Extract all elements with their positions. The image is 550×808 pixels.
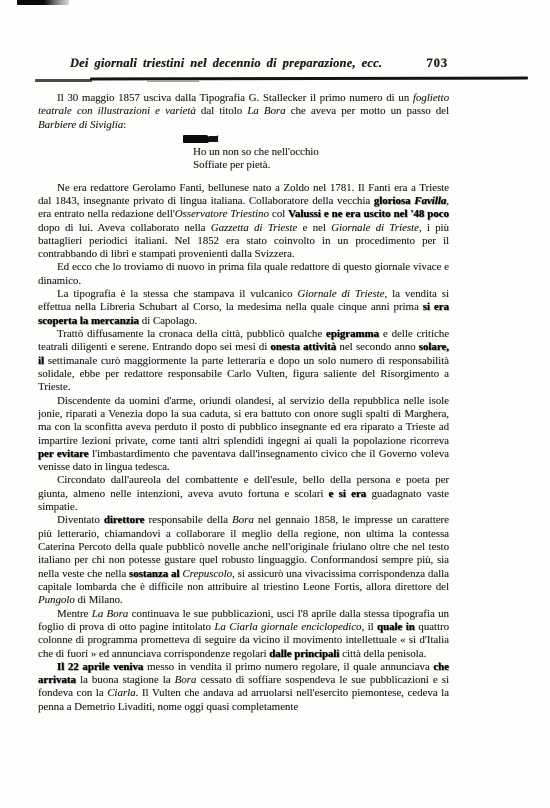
paragraph: Ne era redattore Gerolamo Fanti, bellune… (38, 182, 449, 262)
text-segment: e nel (297, 222, 331, 234)
paragraph: Diventato direttore responsabile della B… (38, 514, 449, 607)
text-segment: Osservatore Triestino (175, 208, 269, 220)
text-segment: onesta attività (270, 341, 336, 353)
motto-verse: Ho un non so che nell'occhioSoffiate per… (183, 146, 449, 173)
scanned-book-page: Dei giornali triestini nel decennio di p… (0, 0, 550, 808)
text-segment: gloriosa (374, 195, 414, 207)
text-segment: che aveva per motto un passo del (286, 105, 449, 117)
text-segment: direttore (104, 514, 145, 526)
text-segment: settimanale curò maggiormente la parte l… (38, 355, 449, 394)
ink-blot (183, 135, 209, 143)
paragraph: Il 22 aprile veniva messo in vendita il … (38, 661, 449, 714)
text-segment: per evitare (38, 448, 89, 460)
scan-artifact-top-left (17, 0, 69, 5)
intro-paragraphs: Il 30 maggio 1857 usciva dalla Tipografi… (38, 92, 449, 132)
text-segment: Il 22 aprile veniva (57, 661, 143, 673)
text-segment: : (123, 119, 126, 131)
text-segment: Gazzetta di Trieste (211, 222, 297, 234)
text-segment: Giornale di Trieste (331, 222, 419, 234)
rule-left-dash (35, 79, 92, 82)
text-segment: Ciarla (107, 687, 135, 699)
text-segment: la buona stagione la (76, 674, 175, 686)
text-segment: città della penisola. (339, 648, 426, 660)
text-segment: dopo di lui. Aveva collaborato nella (38, 222, 211, 234)
motto-block: ! Ho un non so che nell'occhioSoffiate p… (183, 134, 449, 173)
text-segment: Valussi e ne era uscito nel '48 poco (288, 208, 449, 220)
paragraph: Trattò diffusamente la cronaca della cit… (38, 328, 449, 395)
text-segment: dalle principali (269, 648, 339, 660)
text-segment: , il (361, 621, 377, 633)
text-segment: messo in vendita il primo numero regolar… (143, 661, 433, 673)
running-header: Dei giornali triestini nel decennio di p… (38, 56, 448, 71)
text-segment: l'imbastardimento che paventava dall'ins… (38, 448, 449, 473)
text-segment: Diventato (57, 514, 104, 526)
text-segment: La Bora (247, 105, 285, 117)
paragraph: Mentre La Bora continuava le sue pubblic… (38, 608, 449, 661)
text-segment: responsabile della (144, 514, 232, 526)
text-segment: Giornale di Trieste (297, 288, 384, 300)
text-segment: Ed ecco che lo troviamo di nuovo in prim… (38, 261, 449, 286)
verse-line: Ho un non so che nell'occhio (193, 146, 449, 159)
text-segment: sostanza al (129, 568, 179, 580)
text-segment: Crepuscolo (182, 568, 232, 580)
text-segment: Barbiere di Siviglia (38, 119, 123, 131)
text-segment: Il 30 maggio 1857 usciva dalla Tipografi… (57, 92, 413, 104)
text-segment: Bora (232, 514, 254, 526)
rule-main-line (90, 76, 528, 80)
text-segment: di Capolago. (139, 315, 197, 327)
rule-shadow-dash (147, 80, 199, 82)
text-segment: e si era (329, 488, 367, 500)
text-segment: Trattò diffusamente la cronaca della cit… (57, 328, 326, 340)
text-segment: Mentre (57, 608, 92, 620)
text-segment: La tipografia è la stessa che stampava i… (57, 288, 297, 300)
text-segment: La Ciarla giornale enciclopedico (214, 621, 361, 633)
text-segment: epigramma (326, 328, 379, 340)
text-segment: Discendente da uomini d'arme, oriundi ol… (38, 395, 449, 447)
motto-blot-line: ! (183, 134, 449, 146)
paragraph: Il 30 maggio 1857 usciva dalla Tipografi… (38, 92, 449, 132)
running-title: Dei giornali triestini nel decennio di p… (38, 56, 414, 71)
text-segment: Bora (175, 674, 197, 686)
text-segment: nel secondo anno (336, 341, 419, 353)
paragraph: Circondato dall'aureola del combattente … (38, 474, 449, 514)
main-paragraphs: Ne era redattore Gerolamo Fanti, bellune… (38, 182, 449, 715)
text-segment: col (269, 208, 288, 220)
paragraph: Ed ecco che lo troviamo di nuovo in prim… (38, 261, 449, 288)
text-segment: La Bora (92, 608, 129, 620)
page-number: 703 (414, 56, 448, 71)
paragraph: Discendente da uomini d'arme, oriundi ol… (38, 395, 449, 475)
verse-line: Soffiate per pietà. (193, 159, 449, 172)
page-body: Il 30 maggio 1857 usciva dalla Tipografi… (38, 92, 449, 714)
text-segment: Pungolo (38, 594, 75, 606)
text-segment: dal titolo (196, 105, 247, 117)
header-rule (35, 76, 528, 84)
paragraph: La tipografia è la stessa che stampava i… (38, 288, 449, 328)
text-segment: Favilla (414, 195, 446, 207)
text-segment: quale in (377, 621, 415, 633)
text-segment: di Milano. (75, 594, 123, 606)
